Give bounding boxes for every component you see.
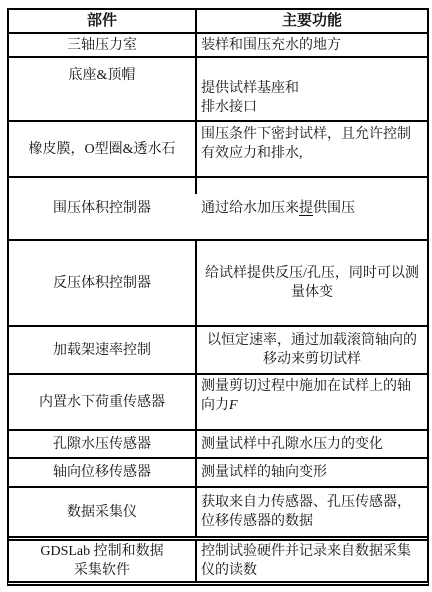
function-cell: 控制试验硬件并记录来自数据采集 仪的读数 [197, 541, 427, 581]
function-cell: 装样和围压充水的地方 [197, 34, 427, 56]
table-header-row: 部件 主要功能 [9, 10, 427, 34]
header-label-component: 部件 [87, 12, 117, 31]
table-row: 底座&顶帽提供试样基座和 排水接口 [9, 58, 427, 122]
function-text: 给试样提供反压/孔压，同时可以测 量体变 [205, 264, 419, 302]
component-cell: 底座&顶帽 [9, 58, 197, 120]
function-text: 围压条件下密封试样，且允许控制 有效应力和排水, [201, 125, 411, 163]
function-cell: 测量试样中孔隙水压力的变化 [197, 431, 427, 457]
component-cell: 轴向位移传感器 [9, 459, 197, 486]
component-text: 底座&顶帽 [69, 66, 136, 85]
component-text: GDSLab 控制和数据 采集软件 [40, 542, 163, 580]
component-cell: 三轴压力室 [9, 34, 197, 56]
component-cell: 加载架速率控制 [9, 327, 197, 373]
table-row: GDSLab 控制和数据 采集软件控制试验硬件并记录来自数据采集 仪的读数 [9, 541, 427, 581]
component-text: 轴向位移传感器 [53, 463, 151, 482]
function-text: 测量剪切过程中施加在试样上的轴 向力F [201, 377, 411, 415]
function-cell: 获取来自力传感器、孔压传感器， 位移传感器的数据 [197, 488, 427, 536]
component-function-table: 部件 主要功能 三轴压力室装样和围压充水的地方底座&顶帽提供试样基座和 排水接口… [7, 8, 429, 586]
component-text: 内置水下荷重传感器 [39, 393, 165, 412]
function-text: 测量试样中孔隙水压力的变化 [201, 435, 383, 454]
function-text: 控制试验硬件并记录来自数据采集 仪的读数 [201, 542, 411, 580]
table-row: 反压体积控制器给试样提供反压/孔压，同时可以测 量体变 [9, 241, 427, 327]
table-row: 数据采集仪获取来自力传感器、孔压传感器， 位移传感器的数据 [9, 488, 427, 541]
table-row: 轴向位移传感器测量试样的轴向变形 [9, 459, 427, 488]
component-cell: 反压体积控制器 [9, 241, 197, 325]
table-row: 橡皮膜，O型圈&透水石围压条件下密封试样，且允许控制 有效应力和排水, [9, 122, 427, 178]
function-text: 提供试样基座和 排水接口 [201, 79, 299, 117]
component-text: 反压体积控制器 [53, 274, 151, 293]
component-text: 三轴压力室 [67, 36, 137, 55]
document-page: 部件 主要功能 三轴压力室装样和围压充水的地方底座&顶帽提供试样基座和 排水接口… [0, 0, 432, 592]
function-cell: 通过给水加压来提供围压 [197, 178, 427, 239]
function-text: 获取来自力传感器、孔压传感器， 位移传感器的数据 [201, 493, 411, 531]
italic-force-symbol: F [229, 398, 238, 413]
component-cell: 数据采集仪 [9, 488, 197, 536]
underlined-char: 提 [299, 201, 313, 216]
function-cell: 测量剪切过程中施加在试样上的轴 向力F [197, 375, 427, 429]
component-text: 加载架速率控制 [53, 341, 151, 360]
table-row: 孔隙水压传感器测量试样中孔隙水压力的变化 [9, 431, 427, 459]
function-text: 装样和围压充水的地方 [201, 36, 341, 55]
header-cell-component: 部件 [9, 10, 197, 32]
table-row: 围压体积控制器通过给水加压来提供围压 [9, 178, 427, 241]
function-cell: 提供试样基座和 排水接口 [197, 58, 427, 120]
component-cell: 围压体积控制器 [9, 178, 197, 239]
function-cell: 测量试样的轴向变形 [197, 459, 427, 486]
function-text: 测量试样的轴向变形 [201, 463, 327, 482]
function-cell: 给试样提供反压/孔压，同时可以测 量体变 [197, 241, 427, 325]
component-cell: 橡皮膜，O型圈&透水石 [9, 122, 197, 176]
component-cell: 孔隙水压传感器 [9, 431, 197, 457]
function-cell: 围压条件下密封试样，且允许控制 有效应力和排水, [197, 122, 427, 176]
table-row: 三轴压力室装样和围压充水的地方 [9, 34, 427, 58]
header-cell-function: 主要功能 [197, 10, 427, 32]
table-row: 加载架速率控制以恒定速率，通过加载滚筒轴向的 移动来剪切试样 [9, 327, 427, 375]
header-label-function: 主要功能 [282, 12, 342, 31]
component-text: 围压体积控制器 [53, 199, 151, 218]
component-text: 橡皮膜，O型圈&透水石 [29, 140, 176, 159]
table-row: 内置水下荷重传感器测量剪切过程中施加在试样上的轴 向力F [9, 375, 427, 431]
function-cell: 以恒定速率，通过加载滚筒轴向的 移动来剪切试样 [197, 327, 427, 373]
component-text: 数据采集仪 [67, 503, 137, 522]
component-cell: GDSLab 控制和数据 采集软件 [9, 541, 197, 581]
function-text: 以恒定速率，通过加载滚筒轴向的 移动来剪切试样 [207, 331, 417, 369]
component-cell: 内置水下荷重传感器 [9, 375, 197, 429]
component-text: 孔隙水压传感器 [53, 435, 151, 454]
function-text: 通过给水加压来提供围压 [201, 199, 355, 218]
